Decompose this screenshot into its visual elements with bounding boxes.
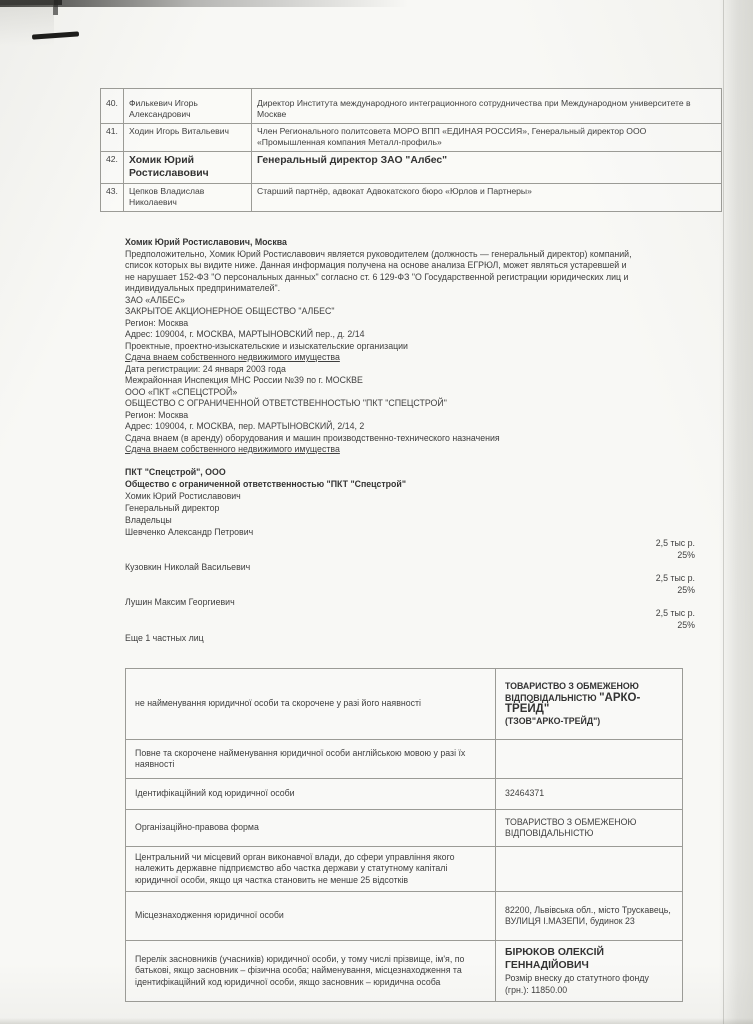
owner-entry: Лушин Максим Георгиевич 2,5 тыс р. 25% <box>125 597 695 632</box>
scan-edge-left <box>0 0 54 46</box>
founder-name: БІРЮКОВ ОЛЕКСІЙ ГЕННАДІЙОВИЧ <box>505 946 673 972</box>
owner-amount: 2,5 тыс р. <box>125 608 695 620</box>
text-line: индивидуальных предпринимателей". <box>125 283 725 295</box>
text-line: Сдача внаем собственного недвижимого иму… <box>125 352 725 364</box>
text-line: Сдача внаем собственного недвижимого иму… <box>125 444 725 456</box>
table-row: Перелік засновників (учасників) юридично… <box>126 940 682 1001</box>
table-row: Центральний чи місцевий орган виконавчої… <box>126 846 682 891</box>
text-line: Владельцы <box>125 514 695 526</box>
position-cell: Генеральный директор ЗАО "Албес" <box>251 152 721 183</box>
row-number-cell: 41. <box>101 124 123 151</box>
table-row: Ідентифікаційний код юридичної особи 324… <box>126 778 682 809</box>
field-value: ТОВАРИСТВО З ОБМЕЖЕНОЮ ВІДПОВІДАЛЬНІСТЮ … <box>495 669 682 739</box>
owner-share: 25% <box>125 620 695 632</box>
scanned-document-page: 40. Филькевич Игорь Александрович Директ… <box>0 0 753 1024</box>
founder-contribution: Розмір внеску до статутного фонду (грн.)… <box>505 973 673 996</box>
table-row: Організаційно-правова форма ТОВАРИСТВО З… <box>126 809 682 846</box>
field-label: Центральний чи місцевий орган виконавчої… <box>126 848 495 891</box>
field-value: 82200, Львівська обл., місто Трускавець,… <box>495 892 682 940</box>
field-label: Перелік засновників (учасників) юридично… <box>126 950 495 993</box>
directors-table: 40. Филькевич Игорь Александрович Директ… <box>100 88 722 212</box>
text-line: Адрес: 109004, г. МОСКВА, пер. МАРТЫНОВС… <box>125 421 725 433</box>
owners-head: ПКТ "Спецстрой", ООО Общество с ограниче… <box>125 466 695 526</box>
table-row: 41. Ходин Игорь Витальевич Член Регионал… <box>101 123 721 151</box>
text-line: Предположительно, Хомик Юрий Ростиславов… <box>125 249 725 261</box>
text-line: Проектные, проектно-изыскательские и изы… <box>125 341 725 353</box>
owners-list: Шевченко Александр Петрович 2,5 тыс р. 2… <box>125 527 695 632</box>
table-row: не найменування юридичної особи та скоро… <box>126 669 682 739</box>
position-cell: Член Регионального политсовета МОРО ВПП … <box>251 124 721 151</box>
text-line: ЗАКРЫТОЕ АКЦИОНЕРНОЕ ОБЩЕСТВО "АЛБЕС" <box>125 306 725 318</box>
owner-amount: 2,5 тыс р. <box>125 573 695 585</box>
table-row-partial <box>101 89 721 96</box>
owner-name: Шевченко Александр Петрович <box>125 527 695 539</box>
row-number-cell: 43. <box>101 184 123 211</box>
registry-table: не найменування юридичної особи та скоро… <box>125 668 683 1002</box>
table-row: Місцезнаходження юридичної особи 82200, … <box>126 891 682 940</box>
text-line: Дата регистрации: 24 января 2003 года <box>125 364 725 376</box>
row-number-cell: 42. <box>101 152 123 183</box>
field-label: Місцезнаходження юридичної особи <box>126 906 495 926</box>
person-name-cell: Филькевич Игорь Александрович <box>123 96 251 123</box>
field-label: Організаційно-правова форма <box>126 818 495 838</box>
text-line: Хомик Юрий Ростиславович, Москва <box>125 237 725 249</box>
owner-entry: Кузовкин Николай Васильевич 2,5 тыс р. 2… <box>125 562 695 597</box>
text-line: Регион: Москва <box>125 318 725 330</box>
text-line: Регион: Москва <box>125 410 725 422</box>
page-crease-right <box>723 0 724 1024</box>
field-value: ТОВАРИСТВО З ОБМЕЖЕНОЮ ВІДПОВІДАЛЬНІСТЮ <box>495 810 682 846</box>
text-line: Генеральный директор <box>125 502 695 514</box>
scan-edge-top <box>0 0 430 7</box>
text-line: ОБЩЕСТВО С ОГРАНИЧЕННОЙ ОТВЕТСТВЕННОСТЬЮ… <box>125 398 725 410</box>
table-row: Повне та скорочене найменування юридично… <box>126 739 682 778</box>
company-info-text: Хомик Юрий Ростиславович, Москва Предпол… <box>125 237 725 456</box>
row-number-cell: 40. <box>101 96 123 123</box>
field-value <box>495 740 682 778</box>
text-line: Межрайонная Инспекция МНС России №39 по … <box>125 375 725 387</box>
owners-block: ПКТ "Спецстрой", ООО Общество с ограниче… <box>125 466 695 644</box>
position-cell: Старший партнёр, адвокат Адвокатского бю… <box>251 184 721 211</box>
person-name-cell: Цепков Владислав Николаевич <box>123 184 251 211</box>
text-line: Общество с ограниченной ответственностью… <box>125 478 695 490</box>
text-line: список которых вы видите ниже. Данная ин… <box>125 260 725 272</box>
field-label: Повне та скорочене найменування юридично… <box>126 744 495 775</box>
text-line: ЗАО «АЛБЕС» <box>125 295 725 307</box>
company-short-name: (ТЗОВ"АРКО-ТРЕЙД") <box>505 716 673 728</box>
page-fold-right <box>719 0 753 1024</box>
owner-share: 25% <box>125 550 695 562</box>
owner-name: Кузовкин Николай Васильевич <box>125 562 695 574</box>
owners-footer: Еще 1 частных лиц <box>125 633 695 645</box>
owner-share: 25% <box>125 585 695 597</box>
text-line: Адрес: 109004, г. МОСКВА, МАРТЫНОВСКИЙ п… <box>125 329 725 341</box>
table-row: 40. Филькевич Игорь Александрович Директ… <box>101 96 721 123</box>
text-line: ООО «ПКТ «СПЕЦСТРОЙ» <box>125 387 725 399</box>
scan-edge-bottom <box>0 1018 753 1024</box>
field-value <box>495 847 682 891</box>
field-value: БІРЮКОВ ОЛЕКСІЙ ГЕННАДІЙОВИЧ Розмір внес… <box>495 941 682 1001</box>
owner-amount: 2,5 тыс р. <box>125 538 695 550</box>
text-line: Хомик Юрий Ростиславович <box>125 490 695 502</box>
field-label: не найменування юридичної особи та скоро… <box>126 694 495 714</box>
person-name-cell: Ходин Игорь Витальевич <box>123 124 251 151</box>
field-label: Ідентифікаційний код юридичної особи <box>126 784 495 804</box>
table-row: 43. Цепков Владислав Николаевич Старший … <box>101 183 721 211</box>
owner-name: Лушин Максим Георгиевич <box>125 597 695 609</box>
text-line: Сдача внаем (в аренду) оборудования и ма… <box>125 433 725 445</box>
text-line: не нарушает 152-ФЗ "О персональных данны… <box>125 272 725 284</box>
text-line: ПКТ "Спецстрой", ООО <box>125 466 695 478</box>
field-value: 32464371 <box>495 779 682 809</box>
position-cell: Директор Института международного интегр… <box>251 96 721 123</box>
owner-entry: Шевченко Александр Петрович 2,5 тыс р. 2… <box>125 527 695 562</box>
person-name-cell: Хомик Юрий Ростиславович <box>123 152 251 183</box>
table-row: 42. Хомик Юрий Ростиславович Генеральный… <box>101 151 721 183</box>
